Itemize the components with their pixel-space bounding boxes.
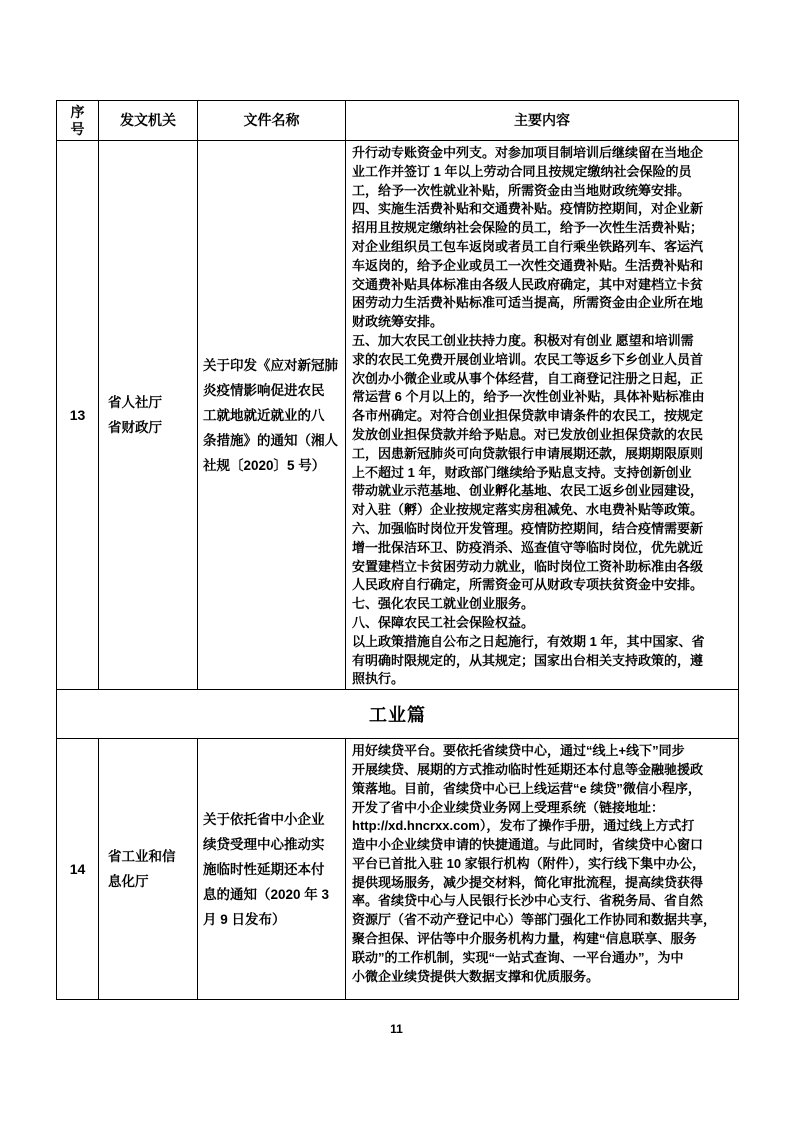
section-title: 工业篇 bbox=[57, 690, 739, 739]
document-name-cell: 关于依托省中小企业 续贷受理中心推动实 施临时性延期还本付 息的通知（2020 … bbox=[198, 739, 346, 1000]
column-header-issuing-agency: 发文机关 bbox=[99, 101, 198, 141]
table-header-row: 序 号 发文机关 文件名称 主要内容 bbox=[57, 101, 739, 141]
document-page: 序 号 发文机关 文件名称 主要内容 13 省人社厅 省财政厅 关于印发《应对新… bbox=[0, 0, 793, 1122]
policy-document-table: 序 号 发文机关 文件名称 主要内容 13 省人社厅 省财政厅 关于印发《应对新… bbox=[56, 100, 739, 1000]
serial-number-cell: 14 bbox=[57, 739, 99, 1000]
issuing-agency-cell: 省人社厅 省财政厅 bbox=[99, 141, 198, 690]
serial-number-cell: 13 bbox=[57, 141, 99, 690]
main-content-cell: 升行动专账资金中列支。对参加项目制培训后继续留在当地企 业工作并签订 1 年以上… bbox=[346, 141, 739, 690]
section-header-row: 工业篇 bbox=[57, 690, 739, 739]
document-name-cell: 关于印发《应对新冠肺 炎疫情影响促进农民 工就地就近就业的八 条措施》的通知（湘… bbox=[198, 141, 346, 690]
table-row: 14 省工业和信 息化厅 关于依托省中小企业 续贷受理中心推动实 施临时性延期还… bbox=[57, 739, 739, 1000]
page-number: 11 bbox=[0, 1022, 793, 1036]
column-header-serial-number: 序 号 bbox=[57, 101, 99, 141]
issuing-agency-cell: 省工业和信 息化厅 bbox=[99, 739, 198, 1000]
main-content-cell: 用好续贷平台。要依托省续贷中心，通过“线上+线下”同步 开展续贷、展期的方式推动… bbox=[346, 739, 739, 1000]
column-header-document-name: 文件名称 bbox=[198, 101, 346, 141]
column-header-main-content: 主要内容 bbox=[346, 101, 739, 141]
table-row: 13 省人社厅 省财政厅 关于印发《应对新冠肺 炎疫情影响促进农民 工就地就近就… bbox=[57, 141, 739, 690]
